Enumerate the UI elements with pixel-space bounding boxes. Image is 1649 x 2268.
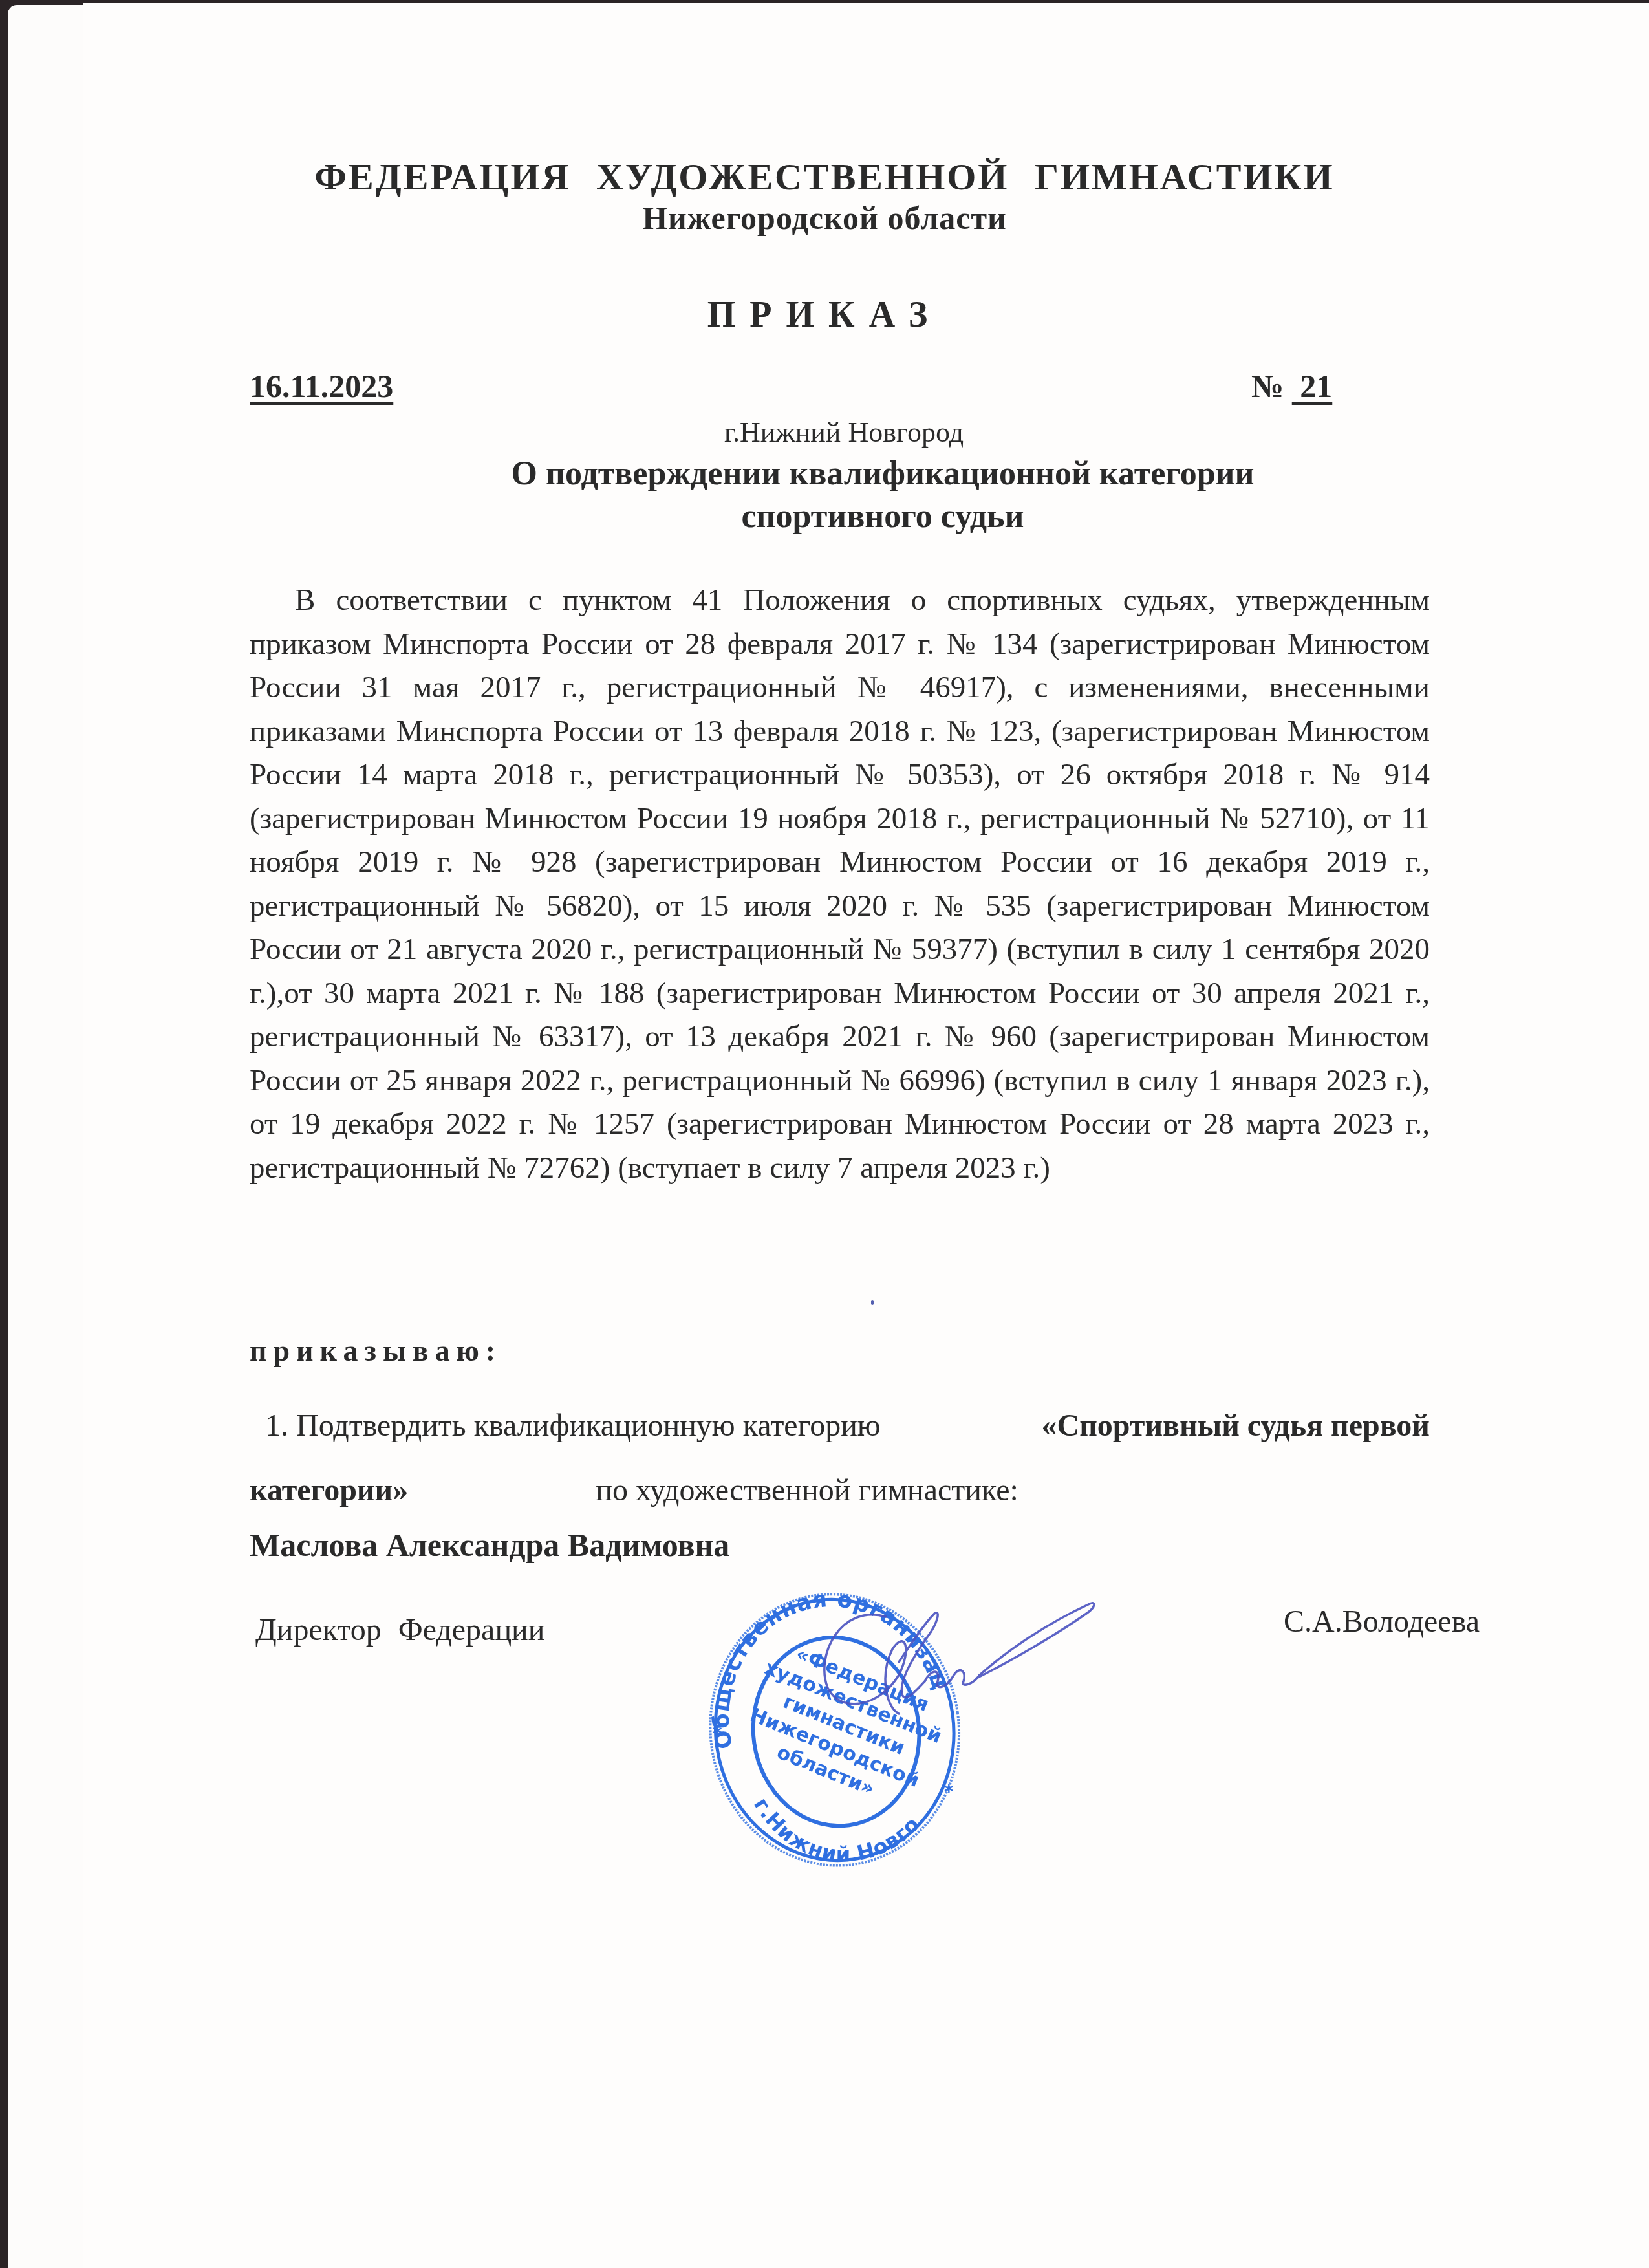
document-city: г.Нижний Новгород — [0, 416, 1649, 449]
item-text-after: по художественной гимнастике: — [596, 1473, 1018, 1507]
order-word: приказываю: — [250, 1334, 502, 1368]
organization-title: ФЕДЕРАЦИЯ ХУДОЖЕСТВЕННОЙ ГИМНАСТИКИ — [0, 155, 1649, 199]
preamble-text: В соответствии с пунктом 41 Положения о … — [250, 579, 1430, 1190]
preamble-paragraph: В соответствии с пунктом 41 Положения о … — [250, 579, 1430, 1190]
scan-speck — [871, 1300, 874, 1305]
document-date: 16.11.2023 — [250, 367, 393, 405]
heading-line-1: О подтверждении квалификационной категор… — [58, 453, 1649, 495]
handwritten-signature-icon — [802, 1578, 1099, 1746]
signatory-name: С.А.Володеева — [1284, 1604, 1480, 1639]
number-value: 21 — [1292, 368, 1333, 404]
order-item-line-2: категории»по художественной гимнастике: — [250, 1458, 1430, 1523]
document-heading: О подтверждении квалификационной категор… — [0, 453, 1649, 538]
document-type: ПРИКАЗ — [0, 294, 1649, 336]
item-text-before: Подтвердить квалификационную категорию — [296, 1409, 881, 1443]
item-number: 1. — [265, 1409, 288, 1443]
item-category-part-1: «Спортивный судья первой — [1041, 1394, 1430, 1458]
judge-name: Маслова Александра Вадимовна — [250, 1526, 729, 1564]
heading-line-2: спортивного судьи — [58, 495, 1649, 538]
order-item-1: 1. Подтвердить квалификационную категори… — [250, 1394, 1430, 1523]
item-category-part-2: категории» — [250, 1473, 408, 1507]
organization-subtitle: Нижегородской области — [0, 199, 1649, 237]
order-item-line-1: 1. Подтвердить квалификационную категори… — [250, 1394, 1430, 1458]
signatory-position: Директор Федерации — [255, 1612, 544, 1648]
number-sign: № — [1251, 368, 1284, 404]
svg-text:*: * — [713, 1723, 722, 1744]
svg-text:*: * — [944, 1781, 954, 1802]
document-number: № 21 — [1251, 367, 1332, 405]
